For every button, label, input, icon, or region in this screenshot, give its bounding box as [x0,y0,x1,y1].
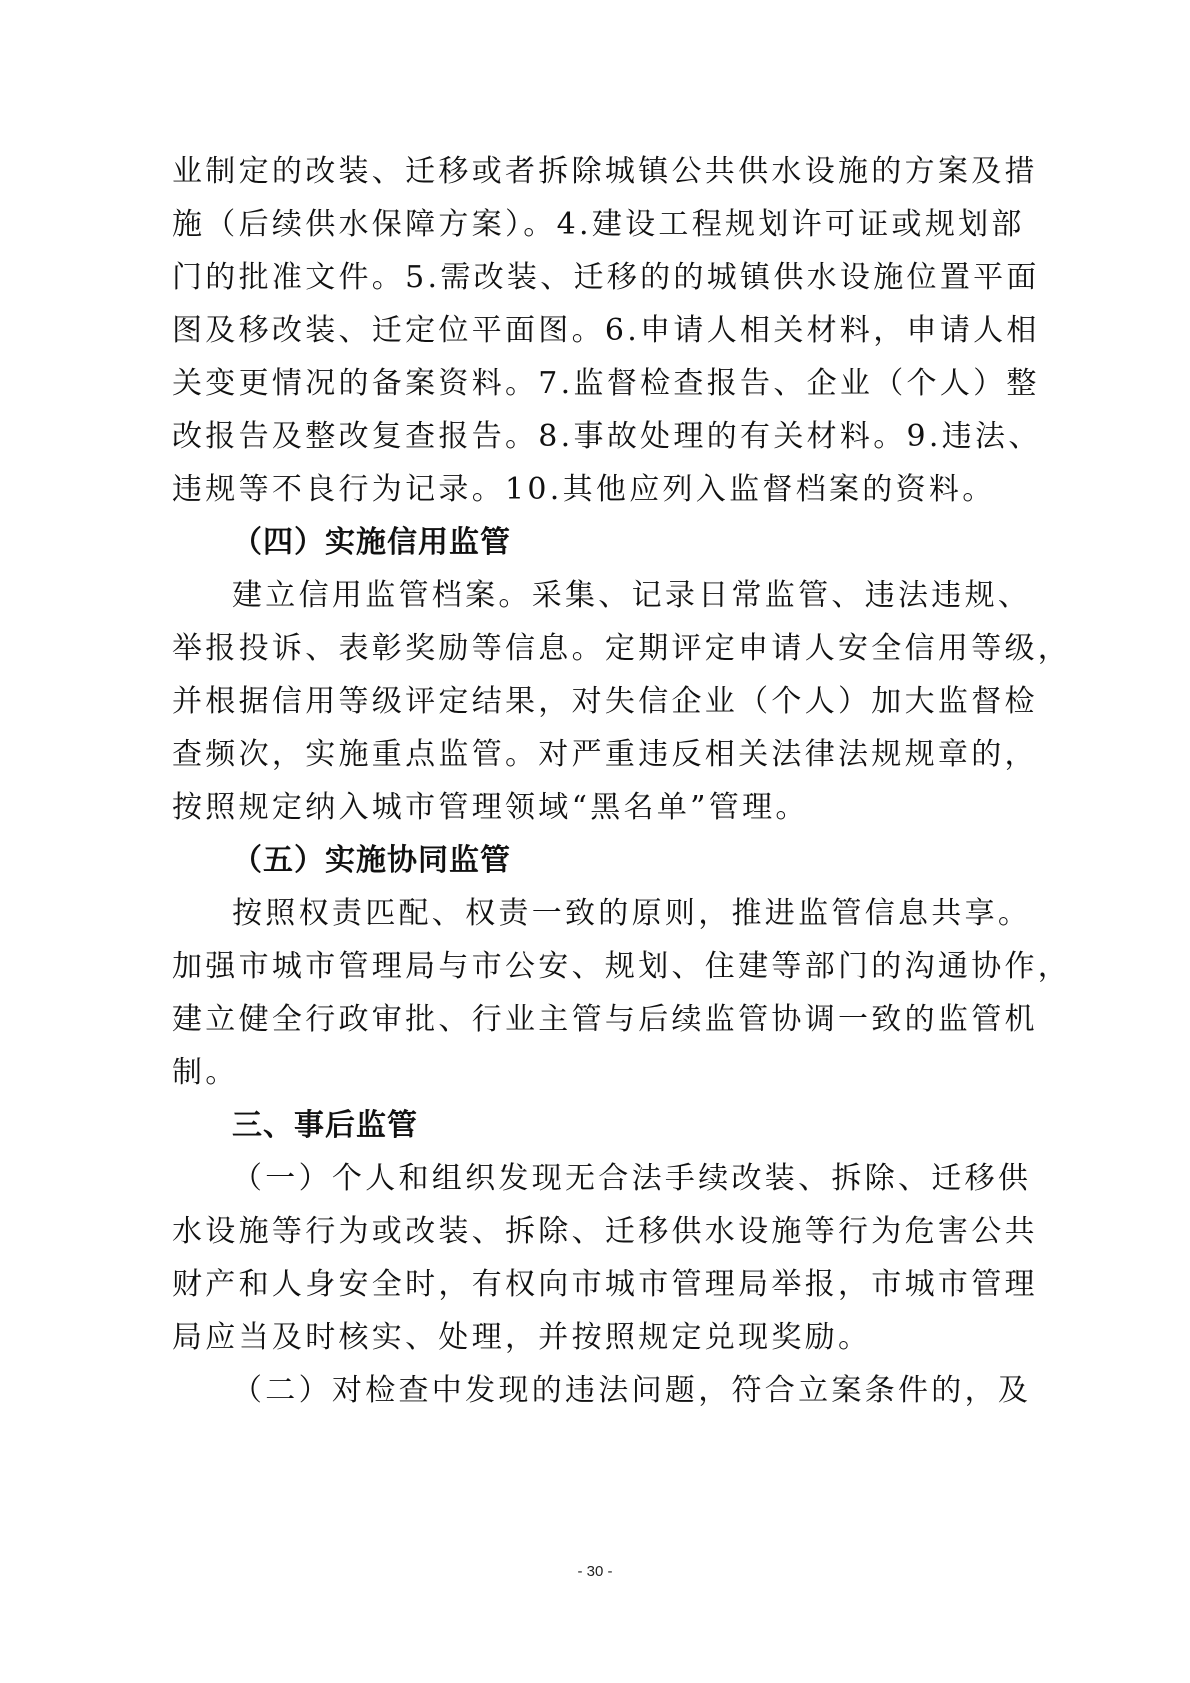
paragraph-first-line: 按照权责匹配、权责一致的原则，推进监管信息共享。 [232,894,952,934]
paragraph-line: 加强市城市管理局与市公安、规划、住建等部门的沟通协作， [172,947,952,987]
paragraph-first-line: （二）对检查中发现的违法问题，符合立案条件的，及 [232,1371,952,1411]
document-page: 业制定的改装、迁移或者拆除城镇公共供水设施的方案及措施（后续供水保障方案）。4.… [0,0,1190,1683]
section-heading: （四）实施信用监管 [232,523,511,563]
paragraph-line: 关变更情况的备案资料。7.监督检查报告、企业（个人）整 [172,364,952,404]
paragraph-line: 查频次，实施重点监管。对严重违反相关法律法规规章的， [172,735,952,775]
paragraph-first-line: （一）个人和组织发现无合法手续改装、拆除、迁移供 [232,1159,952,1199]
section-heading: （五）实施协同监管 [232,841,511,881]
paragraph-line: 违规等不良行为记录。10.其他应列入监督档案的资料。 [172,470,952,510]
section-heading: 三、事后监管 [232,1106,418,1146]
paragraph-line: 按照规定纳入城市管理领域“黑名单”管理。 [172,788,952,828]
paragraph-line: 水设施等行为或改装、拆除、迁移供水设施等行为危害公共 [172,1212,952,1252]
paragraph-line: 图及移改装、迁定位平面图。6.申请人相关材料，申请人相 [172,311,952,351]
paragraph-line: 制。 [172,1053,952,1093]
paragraph-line: 举报投诉、表彰奖励等信息。定期评定申请人安全信用等级， [172,629,952,669]
paragraph-line: 门的批准文件。5.需改装、迁移的的城镇供水设施位置平面 [172,258,952,298]
paragraph-line: 施（后续供水保障方案）。4.建设工程规划许可证或规划部 [172,205,952,245]
paragraph-line: 并根据信用等级评定结果，对失信企业（个人）加大监督检 [172,682,952,722]
paragraph-line: 财产和人身安全时，有权向市城市管理局举报，市城市管理 [172,1265,952,1305]
paragraph-line: 改报告及整改复查报告。8.事故处理的有关材料。9.违法、 [172,417,952,457]
paragraph-line: 业制定的改装、迁移或者拆除城镇公共供水设施的方案及措 [172,152,952,192]
paragraph-line: 建立健全行政审批、行业主管与后续监管协调一致的监管机 [172,1000,952,1040]
paragraph-line: 局应当及时核实、处理，并按照规定兑现奖励。 [172,1318,952,1358]
paragraph-first-line: 建立信用监管档案。采集、记录日常监管、违法违规、 [232,576,952,616]
page-number: - 30 - [0,1563,1190,1580]
